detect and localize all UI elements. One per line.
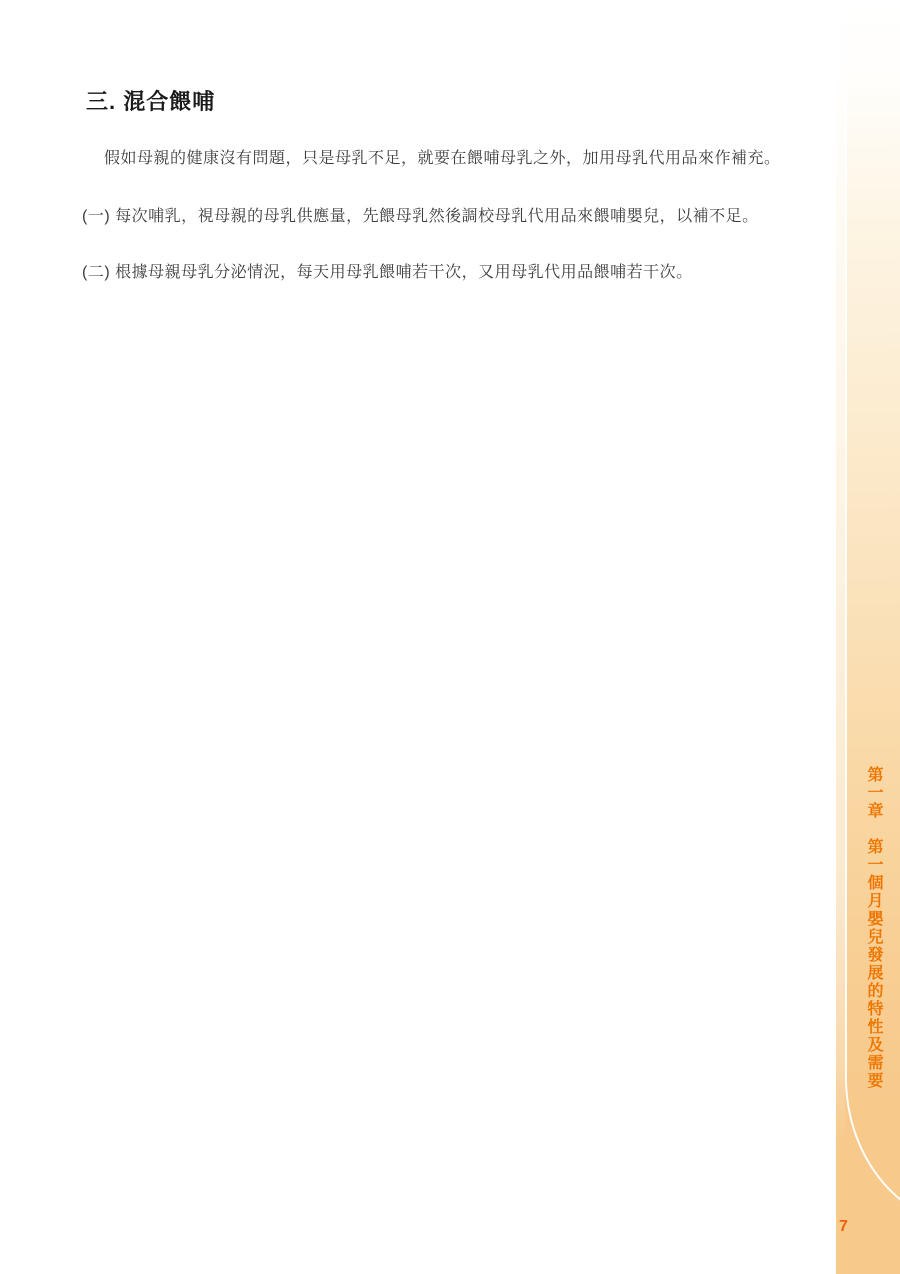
document-page: 三. 混合餵哺 假如母親的健康沒有問題，只是母乳不足，就要在餵哺母乳之外，加用母… (0, 0, 900, 1274)
chapter-title-vertical: 第一章 第一個月嬰兒發展的特性及需要 (847, 766, 900, 1116)
sidebar-light-band (836, 0, 845, 1274)
chapter-title-text: 第一章 第一個月嬰兒發展的特性及需要 (862, 766, 885, 1116)
section-heading: 三. 混合餵哺 (86, 85, 215, 116)
list-item-2: (二) 根據母親母乳分泌情況，每天用母乳餵哺若干次，又用母乳代用品餵哺若干次。 (82, 262, 822, 284)
page-number: 7 (839, 1218, 848, 1236)
list-item-1: (一) 每次哺乳，視母親的母乳供應量，先餵母乳然後調校母乳代用品來餵哺嬰兒，以補… (82, 206, 822, 228)
intro-paragraph: 假如母親的健康沒有問題，只是母乳不足，就要在餵哺母乳之外，加用母乳代用品來作補充… (104, 148, 824, 170)
